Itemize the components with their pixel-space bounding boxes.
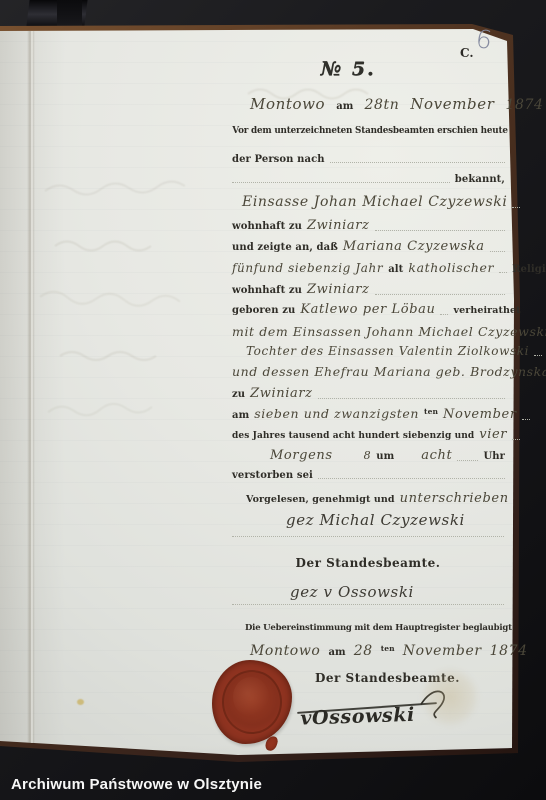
ruled-dots (318, 478, 505, 479)
form-died-line: verstorben sei (232, 470, 505, 481)
form-year-line: des Jahres tausend acht hundert siebenzi… (232, 427, 505, 442)
death-month: November (443, 407, 517, 422)
form-death-date-line: am sieben und zwanzigsten ten November (232, 406, 505, 422)
certification-line: Die Uebereinstimmung mit dem Hauptregist… (245, 623, 507, 633)
ruled-dots (375, 294, 506, 295)
declarant-signature: gez Michal Czyzewski (286, 511, 465, 529)
heading-place: Montowo (250, 95, 325, 113)
ruled-dots (490, 251, 505, 252)
registrar-label: Der Standesbeamte. (296, 556, 441, 570)
form-death-place-line: zu Zwiniarz (232, 386, 505, 401)
heading-month: November (410, 95, 494, 113)
heading-year: 1874 (506, 97, 544, 113)
born-label: geboren zu (232, 305, 295, 316)
registrar-signature: vOssowski (300, 704, 415, 730)
born-value: Katlewo per Löbau (300, 302, 435, 317)
archive-watermark: Archiwum Państwowe w Olsztynie (11, 776, 262, 793)
form-declarant-line: Einsasse Johan Michael Czyzewski (242, 194, 505, 210)
residence-label: wohnhaft zu (232, 221, 302, 232)
heading-am-label: am (336, 101, 353, 112)
time-hour: acht (421, 448, 452, 463)
death-place-value: Zwiniarz (250, 386, 312, 401)
ruled-dots (457, 460, 478, 461)
small-stain-dot (77, 699, 84, 705)
ruled-dots (440, 314, 448, 315)
form-born-line: geboren zu Katlewo per Löbau verheirathe… (232, 302, 505, 317)
report-label: und zeigte an, daß (232, 242, 338, 253)
form-residence-line: wohnhaft zu Zwiniarz (232, 218, 505, 233)
form-intro-text: Vor dem unterzeichneten Standesbeamten e… (232, 126, 507, 136)
death-place-label: zu (232, 389, 245, 400)
form-report-line: und zeigte an, daß Mariana Czyzewska (232, 239, 505, 254)
died-label: verstorben sei (232, 470, 313, 481)
record-number: № 5. (303, 58, 393, 80)
closing-printed: Vorgelesen, genehmigt und (246, 494, 395, 505)
residence2-label: wohnhaft zu (232, 285, 302, 296)
registrar-gez-signature: gez v Ossowski (290, 583, 414, 601)
year-line-text: des Jahres tausend acht hundert siebenzi… (232, 431, 474, 441)
deceased-name: Mariana Czyzewska (343, 239, 485, 254)
form-parents-line2: und dessen Ehefrau Mariana geb. Brodzyns… (232, 364, 505, 379)
heading-date-line: Montowo am 28tn November 1874 (250, 95, 506, 113)
residence-value: Zwiniarz (307, 218, 369, 233)
registrar-title-line: Der Standesbeamte. (232, 556, 504, 570)
year-value: vier (479, 427, 507, 442)
heading-day: 28tn (364, 97, 399, 113)
cert-year: 1874 (490, 643, 528, 659)
person-known-label: bekannt, (455, 174, 505, 185)
cert-place: Montowo (250, 643, 320, 659)
spouse-text: mit dem Einsassen Johann Michael Czyzews… (232, 324, 546, 339)
declarant-signature-line: gez Michal Czyzewski (286, 511, 465, 529)
certification-text: Die Uebereinstimmung mit dem Hauptregist… (245, 623, 512, 633)
time-numeral: 8 (364, 449, 372, 462)
residence2-value: Zwiniarz (307, 282, 369, 297)
closing-hand: unterschrieben (400, 491, 509, 506)
ruled-dots (522, 419, 530, 420)
death-date-label: am (232, 410, 249, 421)
cert-day-suffix: ten (381, 644, 395, 653)
form-closing-line: Vorgelesen, genehmigt und unterschrieben (246, 491, 505, 506)
page-gutter-crease (27, 31, 35, 743)
ruled-dots (232, 182, 450, 183)
ruled-dotline (232, 536, 504, 537)
married-label: verheirathet (453, 305, 520, 316)
form-parents-line1: Tochter des Einsassen Valentin Ziolkowsk… (246, 344, 505, 358)
form-person-line: der Person nach (232, 154, 505, 165)
ruled-dots (499, 272, 507, 273)
religion-label: Religion (512, 264, 546, 275)
registrar-gez-line: gez v Ossowski (290, 583, 414, 601)
parents-text1: Tochter des Einsassen Valentin Ziolkowsk… (246, 344, 529, 358)
form-known-line: bekannt, (232, 174, 505, 185)
person-label: der Person nach (232, 154, 325, 165)
form-spouse-line: mit dem Einsassen Johann Michael Czyzews… (232, 324, 505, 339)
certification-date-line: Montowo am 28 ten November 1874 (250, 643, 506, 659)
form-intro-line: Vor dem unterzeichneten Standesbeamten e… (237, 126, 503, 136)
death-day: sieben und zwanzigsten (254, 406, 419, 421)
parents-text2: und dessen Ehefrau Mariana geb. Brodzyns… (232, 364, 546, 379)
age-label: alt (388, 264, 403, 275)
cert-month: November (403, 643, 482, 659)
ruled-dots (534, 355, 542, 356)
cert-day: 28 (354, 643, 373, 659)
ruled-dots (318, 398, 505, 399)
declarant-name: Einsasse Johan Michael Czyzewski (242, 194, 507, 210)
time-period: Morgens (270, 448, 333, 463)
ruled-dotline (232, 604, 504, 605)
ruled-dots (512, 439, 520, 440)
archival-scan: C. 6 № 5. Montowo am 28tn November 1874 … (0, 0, 546, 800)
form-age-religion-line: fünfund siebenzig Jahr alt katholischer … (232, 260, 508, 275)
time-uhr-label: Uhr (483, 451, 505, 462)
form-time-line: Morgens 8 um acht Uhr (232, 448, 505, 463)
time-um-label: um (376, 451, 394, 462)
religion-value: katholischer (408, 260, 494, 275)
age-value: fünfund siebenzig Jahr (232, 261, 383, 275)
cert-am-label: am (328, 647, 345, 658)
ruled-dots (375, 230, 506, 231)
corner-letter: C. (460, 46, 474, 60)
ruled-dots (512, 207, 520, 208)
death-day-suffix: ten (424, 407, 438, 416)
form-residence2-line: wohnhaft zu Zwiniarz (232, 282, 505, 297)
ruled-dots (330, 162, 505, 163)
paper-stain (412, 658, 488, 736)
